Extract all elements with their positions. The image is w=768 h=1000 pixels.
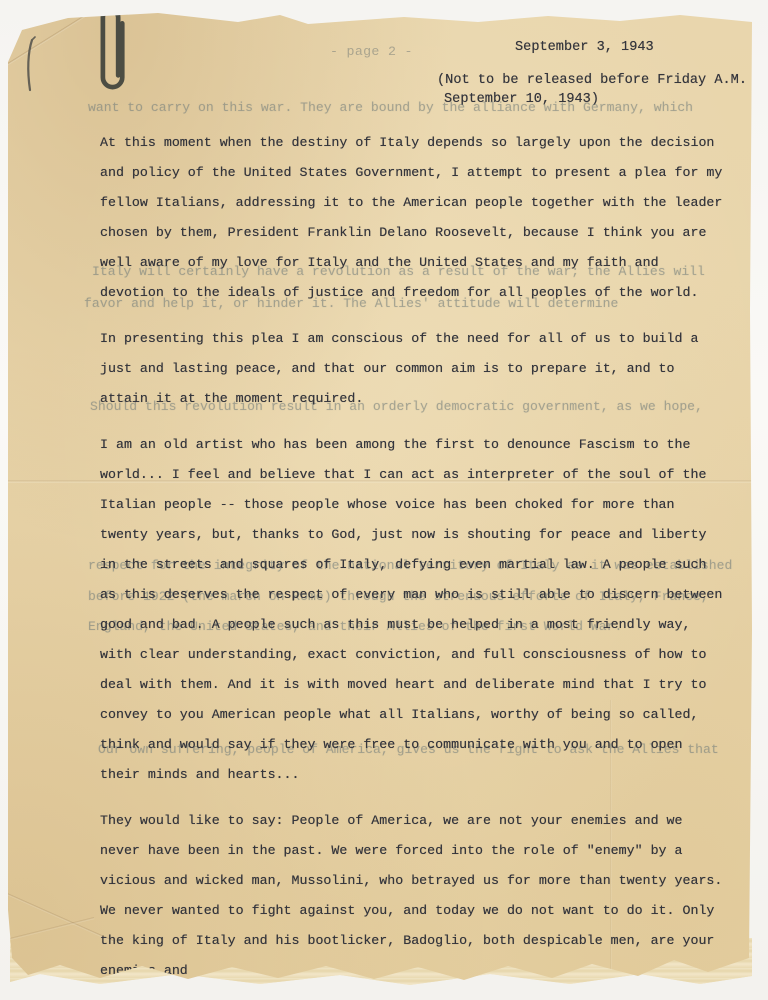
typed-body-text: At this moment when the destiny of Italy… [100, 128, 730, 1000]
paragraph-3: I am an old artist who has been among th… [100, 430, 730, 790]
ghost-text-line: want to carry on this war. They are boun… [88, 100, 693, 115]
paragraph-1: At this moment when the destiny of Italy… [100, 128, 730, 308]
document-page: want to carry on this war. They are boun… [8, 10, 752, 986]
paperclip-icon [88, 2, 130, 113]
ink-stroke-mark-icon [24, 36, 38, 101]
paragraph-4: They would like to say: People of Americ… [100, 806, 730, 986]
scanned-document-scene: want to carry on this war. They are boun… [0, 0, 768, 1000]
paragraph-2: In presenting this plea I am conscious o… [100, 324, 730, 414]
